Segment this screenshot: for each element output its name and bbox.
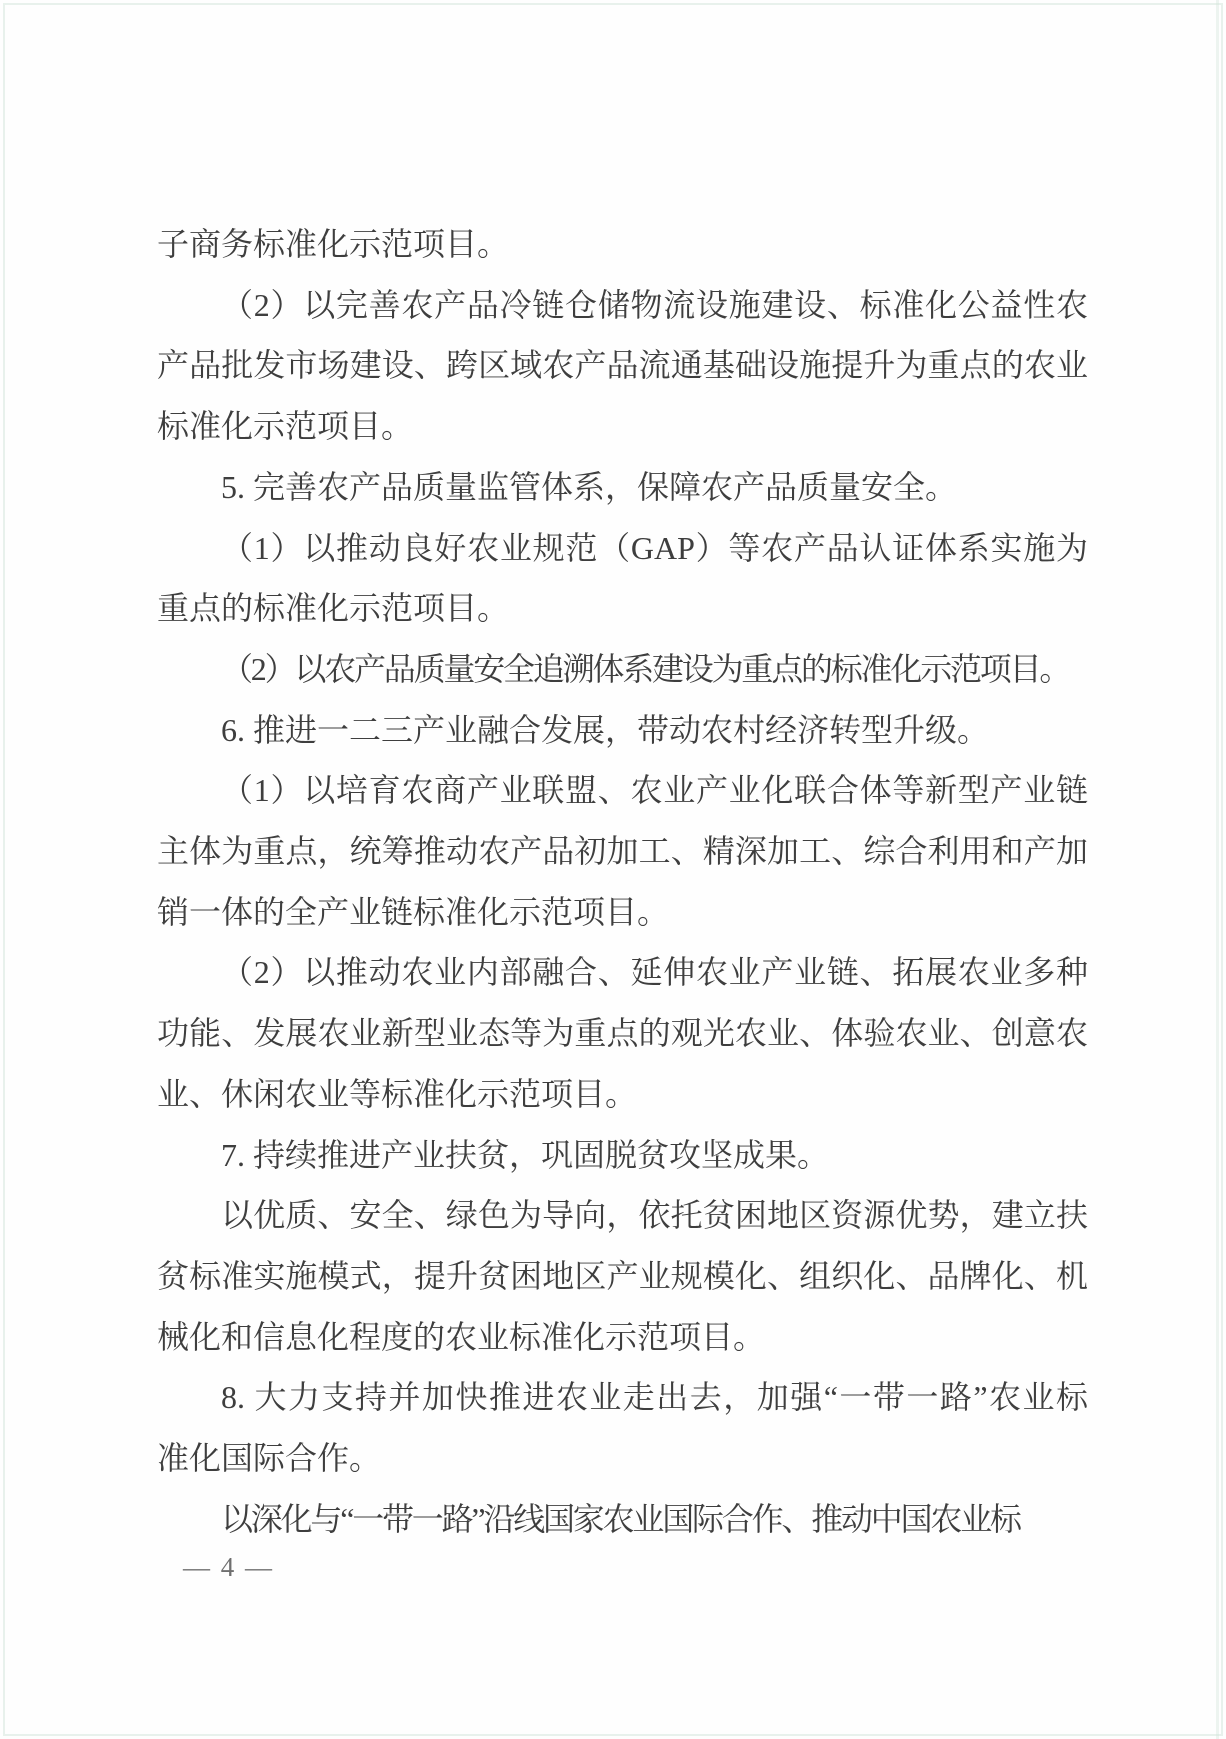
document-line: 贫标准实施模式，提升贫困地区产业规模化、组织化、品牌化、机 (157, 1246, 1088, 1307)
scan-edge-strip (1216, 0, 1219, 1739)
page-number: — 4 — (183, 1552, 274, 1582)
document-line: 7. 持续推进产业扶贫，巩固脱贫攻坚成果。 (157, 1125, 1088, 1186)
document-line: 以优质、安全、绿色为导向，依托贫困地区资源优势，建立扶 (157, 1185, 1088, 1246)
document-line: （2）以农产品质量安全追溯体系建设为重点的标准化示范项目。 (157, 639, 1088, 700)
document-page: 子商务标准化示范项目。（2）以完善农产品冷链仓储物流设施建设、标准化公益性农产品… (0, 0, 1226, 1739)
document-line: 重点的标准化示范项目。 (157, 578, 1088, 639)
document-line: 准化国际合作。 (157, 1428, 1088, 1489)
document-line: 6. 推进一二三产业融合发展，带动农村经济转型升级。 (157, 700, 1088, 761)
document-line: 子商务标准化示范项目。 (157, 214, 1088, 275)
document-line: 以深化与“一带一路”沿线国家农业国际合作、推动中国农业标 (157, 1489, 1088, 1550)
page-footer: — 4 — (183, 1549, 274, 1585)
document-line: 功能、发展农业新型业态等为重点的观光农业、体验农业、创意农 (157, 1003, 1088, 1064)
document-line: （2）以完善农产品冷链仓储物流设施建设、标准化公益性农 (157, 275, 1088, 336)
document-line: 8. 大力支持并加快推进农业走出去，加强“一带一路”农业标 (157, 1367, 1088, 1428)
document-line: （1）以培育农商产业联盟、农业产业化联合体等新型产业链 (157, 760, 1088, 821)
document-line: （1）以推动良好农业规范（GAP）等农产品认证体系实施为 (157, 518, 1088, 579)
document-line: 5. 完善农产品质量监管体系，保障农产品质量安全。 (157, 457, 1088, 518)
document-line: （2）以推动农业内部融合、延伸农业产业链、拓展农业多种 (157, 942, 1088, 1003)
document-line: 标准化示范项目。 (157, 396, 1088, 457)
document-body: 子商务标准化示范项目。（2）以完善农产品冷链仓储物流设施建设、标准化公益性农产品… (157, 214, 1088, 1549)
document-line: 业、休闲农业等标准化示范项目。 (157, 1064, 1088, 1125)
document-line: 主体为重点，统筹推动农产品初加工、精深加工、综合利用和产加 (157, 821, 1088, 882)
document-line: 产品批发市场建设、跨区域农产品流通基础设施提升为重点的农业 (157, 335, 1088, 396)
document-line: 销一体的全产业链标准化示范项目。 (157, 882, 1088, 943)
document-line: 械化和信息化程度的农业标准化示范项目。 (157, 1307, 1088, 1368)
